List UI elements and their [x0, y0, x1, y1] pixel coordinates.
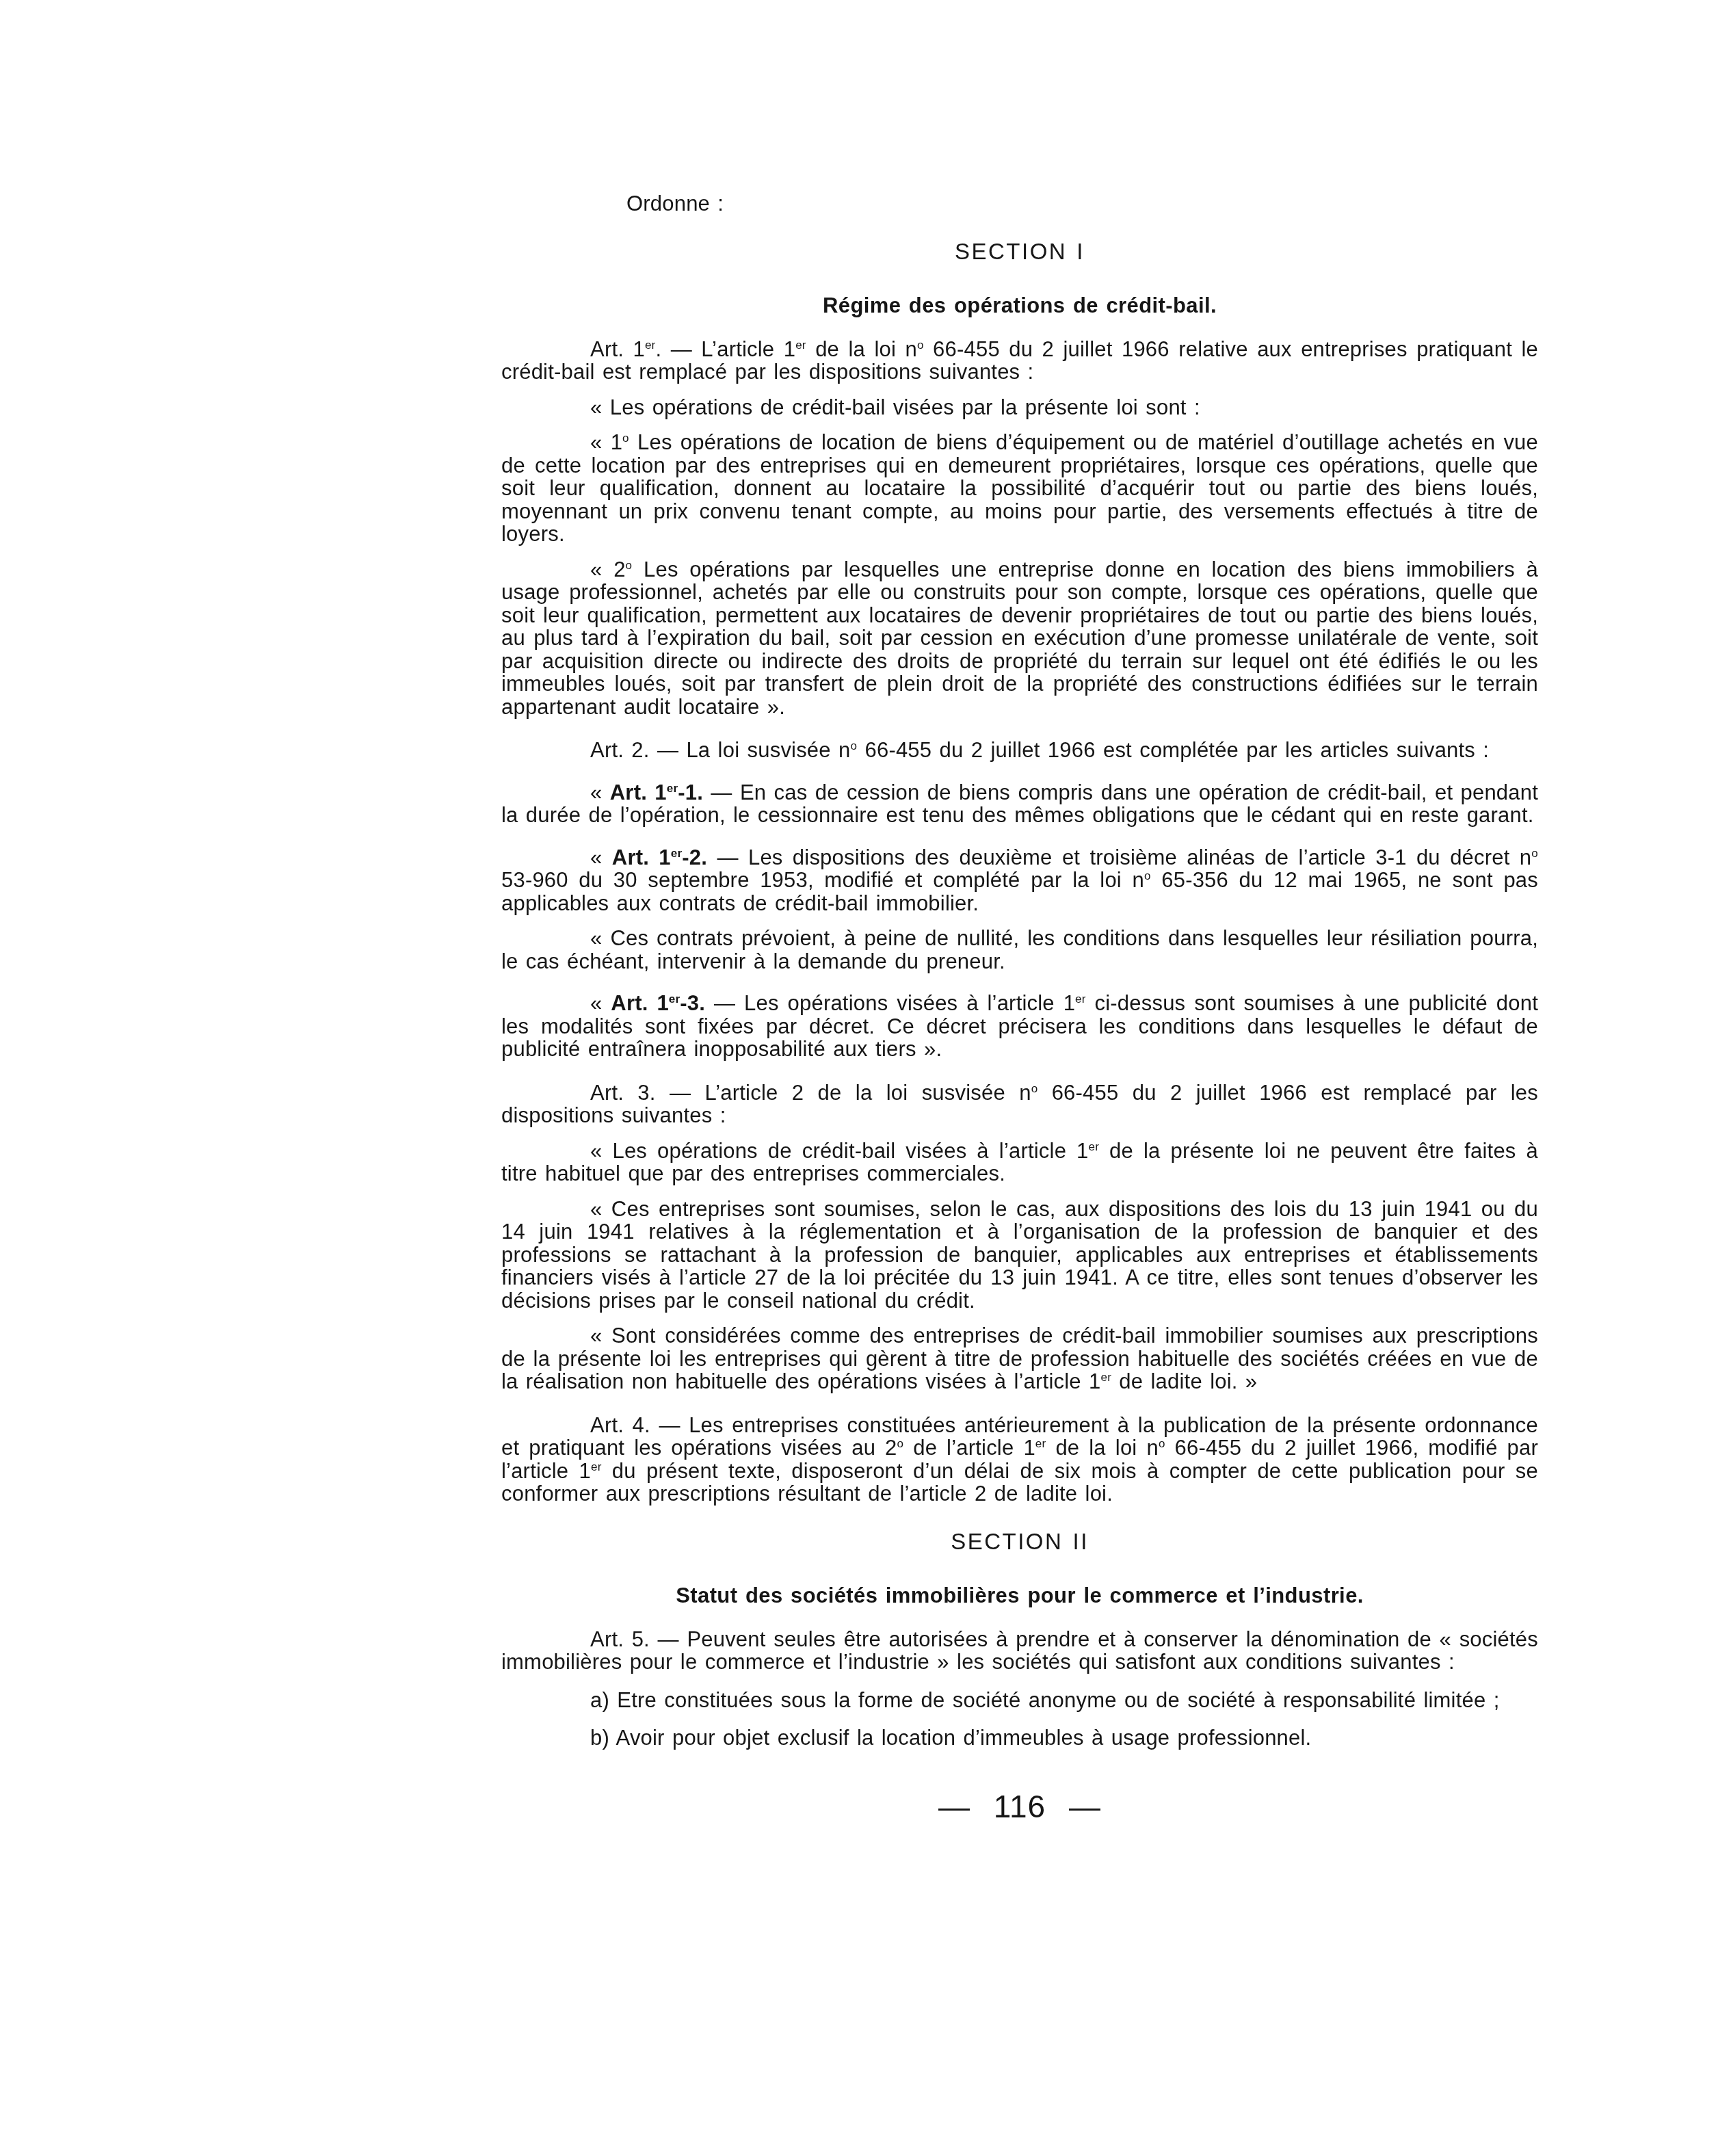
paragraph-quote: « Ces contrats prévoient, à peine de nul…: [501, 927, 1538, 973]
paragraph-item: a) Etre constituées sous la forme de soc…: [501, 1689, 1538, 1712]
paragraph-item: b) Avoir pour objet exclusif la location…: [501, 1726, 1538, 1750]
document-text-column: Ordonne :SECTION IRégime des opérations …: [501, 192, 1538, 1825]
paragraph-quote: « Ces entreprises sont soumises, selon l…: [501, 1198, 1538, 1313]
paragraph-quote: « Les opérations de crédit-bail visées à…: [501, 1140, 1538, 1185]
paragraph-quote-art: « Art. 1er-2. — Les dispositions des deu…: [501, 846, 1538, 915]
paragraph-art: Art. 3. — L’article 2 de la loi susvisée…: [501, 1081, 1538, 1127]
document-body: Ordonne :SECTION IRégime des opérations …: [501, 192, 1538, 1750]
paragraph-quote: « Les opérations de crédit-bail visées p…: [501, 396, 1538, 419]
page-number: — 116 —: [501, 1788, 1538, 1825]
paragraph-quote-art: « Art. 1er-3. — Les opérations visées à …: [501, 992, 1538, 1061]
paragraph-quote: « 1o Les opérations de location de biens…: [501, 431, 1538, 546]
paragraph-art: Art. 2. — La loi susvisée no 66-455 du 2…: [501, 739, 1538, 762]
paragraph-art: Art. 1er. — L’article 1er de la loi no 6…: [501, 338, 1538, 384]
paragraph-title: Statut des sociétés immobilières pour le…: [501, 1584, 1538, 1607]
paragraph-section: SECTION I: [501, 240, 1538, 263]
paragraph-art: Art. 5. — Peuvent seules être autorisées…: [501, 1628, 1538, 1674]
paragraph-art: Art. 4. — Les entreprises constituées an…: [501, 1414, 1538, 1506]
paragraph-quote: « 2o Les opérations par lesquelles une e…: [501, 558, 1538, 719]
paragraph-quote-art: « Art. 1er-1. — En cas de cession de bie…: [501, 781, 1538, 827]
scanned-document-page: Ordonne :SECTION IRégime des opérations …: [0, 0, 1718, 2156]
paragraph-title: Régime des opérations de crédit-bail.: [501, 294, 1538, 317]
paragraph-ordonne: Ordonne :: [501, 192, 1538, 215]
paragraph-section: SECTION II: [501, 1530, 1538, 1553]
paragraph-quote: « Sont considérées comme des entreprises…: [501, 1324, 1538, 1393]
